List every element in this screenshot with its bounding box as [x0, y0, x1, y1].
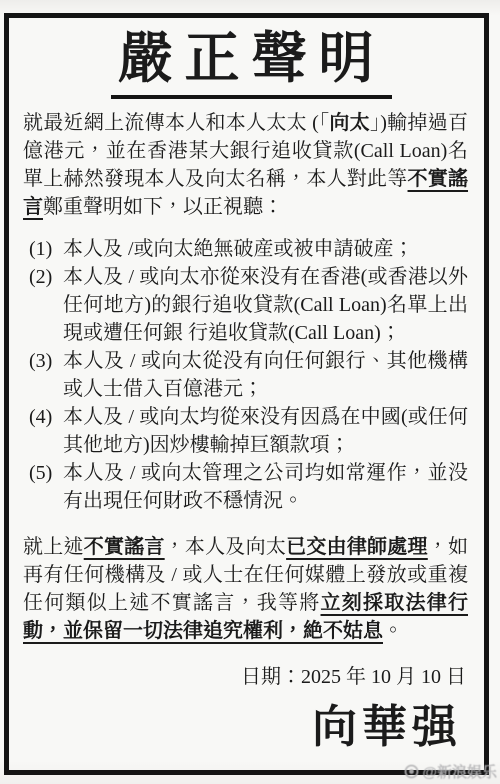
signature-name: 向華强 [23, 703, 462, 753]
document-title: 嚴正聲明 [111, 28, 391, 99]
claim-text: 本人及 / 或向太亦從來没有在香港(或香港以外任何地方)的銀行追收貸款(Call… [63, 263, 468, 347]
claim-item: (3)本人及 / 或向太從没有向任何銀行、其他機構或人士借入百億港元； [29, 347, 468, 403]
closing-paragraph: 就上述不實謠言，本人及向太已交由律師處理，如再有任何機構及 / 或人士在任何媒體… [23, 533, 468, 645]
text-segment: ，本人及向太 [165, 536, 286, 558]
text-segment: 本人及 / 或向太亦從來没有在香港(或香港以外任何地方)的銀行追收貸款(Call… [63, 266, 468, 344]
watermark-text: @新浪娱乐 [422, 761, 497, 782]
claim-item: (4)本人及 / 或向太均從來没有因爲在中國(或任何其他地方)因炒樓輸掉巨額款項… [29, 403, 468, 459]
claim-text: 本人及 / 或向太管理之公司均如常運作，並没有出現任何財政不穩情況。 [63, 459, 468, 515]
watermark: @新浪娱乐 [404, 761, 497, 782]
claim-number: (4) [29, 403, 63, 459]
claim-text: 本人及 /或向太絶無破産或被申請破産； [63, 235, 468, 263]
text-segment: 本人及 / 或向太均從來没有因爲在中國(或任何其他地方)因炒樓輸掉巨額款項； [63, 406, 468, 456]
text-segment: 就上述 [23, 536, 84, 558]
claim-item: (1)本人及 /或向太絶無破産或被申請破産； [29, 235, 468, 263]
claim-number: (5) [29, 459, 63, 515]
claim-text: 本人及 / 或向太均從來没有因爲在中國(或任何其他地方)因炒樓輸掉巨額款項； [63, 403, 468, 459]
claim-item: (2)本人及 / 或向太亦從來没有在香港(或香港以外任何地方)的銀行追收貸款(C… [29, 263, 468, 347]
text-segment: 本人及 /或向太絶無破産或被申請破産； [63, 238, 414, 260]
text-segment: 不實謠言 [84, 536, 165, 558]
claim-text: 本人及 / 或向太從没有向任何銀行、其他機構或人士借入百億港元； [63, 347, 468, 403]
claim-number: (3) [29, 347, 63, 403]
text-segment: 本人及 / 或向太從没有向任何銀行、其他機構或人士借入百億港元； [63, 350, 468, 400]
text-segment: 本人及 / 或向太管理之公司均如常運作，並没有出現任何財政不穩情況。 [63, 462, 468, 512]
text-segment: 鄭重聲明如下，以正視聽： [43, 196, 283, 218]
intro-paragraph: 就最近網上流傳本人和本人太太 (「向太」)輸掉過百億港元，並在香港某大銀行追收貸… [23, 109, 468, 221]
statement-photo: 嚴正聲明 就最近網上流傳本人和本人太太 (「向太」)輸掉過百億港元，並在香港某大… [0, 0, 500, 784]
text-segment: 已交由律師處理 [286, 536, 428, 558]
claim-number: (1) [29, 235, 63, 263]
text-segment: 。 [383, 620, 403, 642]
text-segment: 向太 [329, 112, 370, 134]
sina-eye-icon [404, 764, 419, 779]
text-segment: 就最近網上流傳本人和本人太太 (「 [23, 112, 329, 134]
claims-list: (1)本人及 /或向太絶無破産或被申請破産；(2)本人及 / 或向太亦從來没有在… [23, 235, 468, 515]
date-line: 日期：2025 年 10 月 10 日 [23, 663, 466, 691]
claim-number: (2) [29, 263, 63, 347]
document-frame: 嚴正聲明 就最近網上流傳本人和本人太太 (「向太」)輸掉過百億港元，並在香港某大… [4, 13, 489, 775]
claim-item: (5)本人及 / 或向太管理之公司均如常運作，並没有出現任何財政不穩情況。 [29, 459, 468, 515]
title-row: 嚴正聲明 [23, 28, 468, 99]
